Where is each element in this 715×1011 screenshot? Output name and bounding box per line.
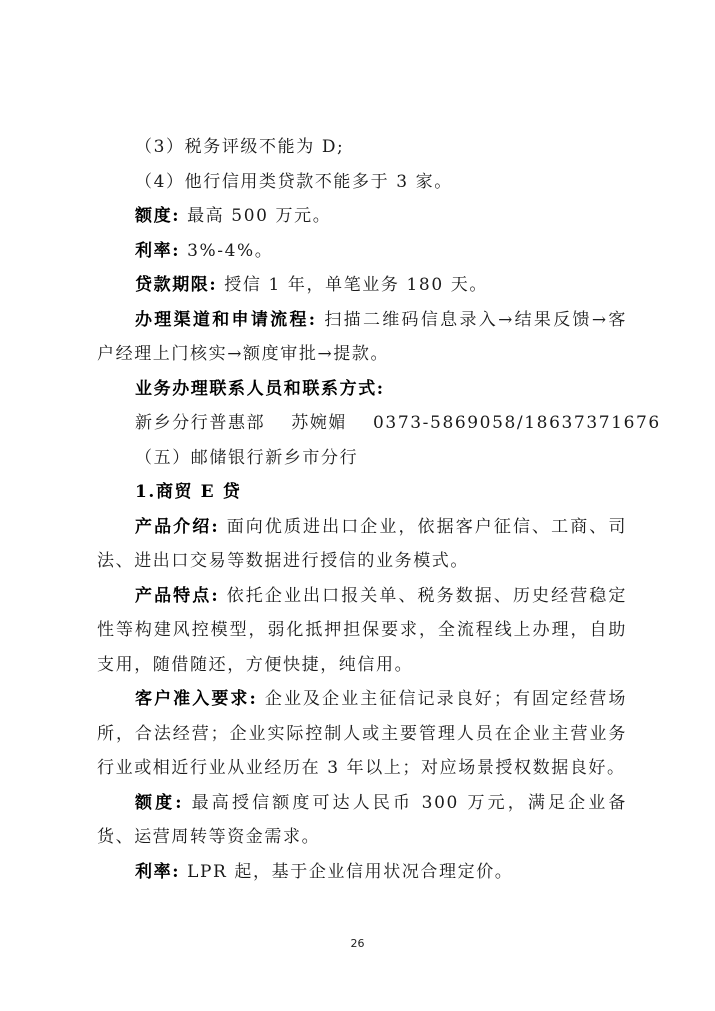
- contact-line: 新乡分行普惠部苏婉媚0373-5869058/18637371676: [97, 406, 627, 441]
- product-title: 1.商贸 E 贷: [97, 475, 627, 510]
- field-product-features: 产品特点: 依托企业出口报关单、税务数据、历史经营稳定性等构建风控模型，弱化抵押…: [97, 579, 627, 683]
- field-label: 办理渠道和申请流程:: [135, 310, 317, 330]
- contact-department: 新乡分行普惠部: [135, 413, 265, 433]
- field-product-intro: 产品介绍: 面向优质进出口企业，依据客户征信、工商、司法、进出口交易等数据进行授…: [97, 510, 627, 579]
- field-label: 额度:: [135, 206, 180, 226]
- field-interest-rate: 利率: 3%-4%。: [97, 234, 627, 269]
- field-quota: 额度: 最高 500 万元。: [97, 199, 627, 234]
- document-page: （3）税务评级不能为 D; （4）他行信用类贷款不能多于 3 家。 额度: 最高…: [0, 0, 715, 1011]
- section-heading: （五）邮储银行新乡市分行: [97, 441, 627, 476]
- field-label: 贷款期限:: [135, 275, 217, 295]
- field-value: 3%-4%。: [180, 241, 273, 261]
- list-item-tax-rating: （3）税务评级不能为 D;: [97, 130, 627, 165]
- field-customer-requirements: 客户准入要求: 企业及企业主征信记录良好；有固定经营场所，合法经营；企业实际控制…: [97, 682, 627, 786]
- field-label: 利率:: [135, 241, 180, 261]
- field-label: 产品特点:: [135, 586, 219, 606]
- page-number: 26: [0, 937, 715, 950]
- field-value: LPR 起，基于企业信用状况合理定价。: [180, 862, 513, 882]
- field-loan-term: 贷款期限: 授信 1 年，单笔业务 180 天。: [97, 268, 627, 303]
- field-application-process: 办理渠道和申请流程: 扫描二维码信息录入→结果反馈→客户经理上门核实→额度审批→…: [97, 303, 627, 372]
- list-item-other-bank-loans: （4）他行信用类贷款不能多于 3 家。: [97, 165, 627, 200]
- field-value: 授信 1 年，单笔业务 180 天。: [217, 275, 488, 295]
- field-value: 最高 500 万元。: [180, 206, 331, 226]
- field-label: 利率:: [135, 862, 180, 882]
- field-label: 产品介绍:: [135, 517, 219, 537]
- field-credit-quota: 额度: 最高授信额度可达人民币 300 万元，满足企业备货、运营周转等资金需求。: [97, 786, 627, 855]
- field-label: 客户准入要求:: [135, 689, 257, 709]
- field-label: 额度:: [135, 793, 183, 813]
- document-body: （3）税务评级不能为 D; （4）他行信用类贷款不能多于 3 家。 额度: 最高…: [97, 130, 627, 889]
- contact-person: 苏婉媚: [291, 413, 347, 433]
- contact-phone: 0373-5869058/18637371676: [373, 413, 661, 433]
- contact-heading: 业务办理联系人员和联系方式:: [97, 372, 627, 407]
- field-rate: 利率: LPR 起，基于企业信用状况合理定价。: [97, 855, 627, 890]
